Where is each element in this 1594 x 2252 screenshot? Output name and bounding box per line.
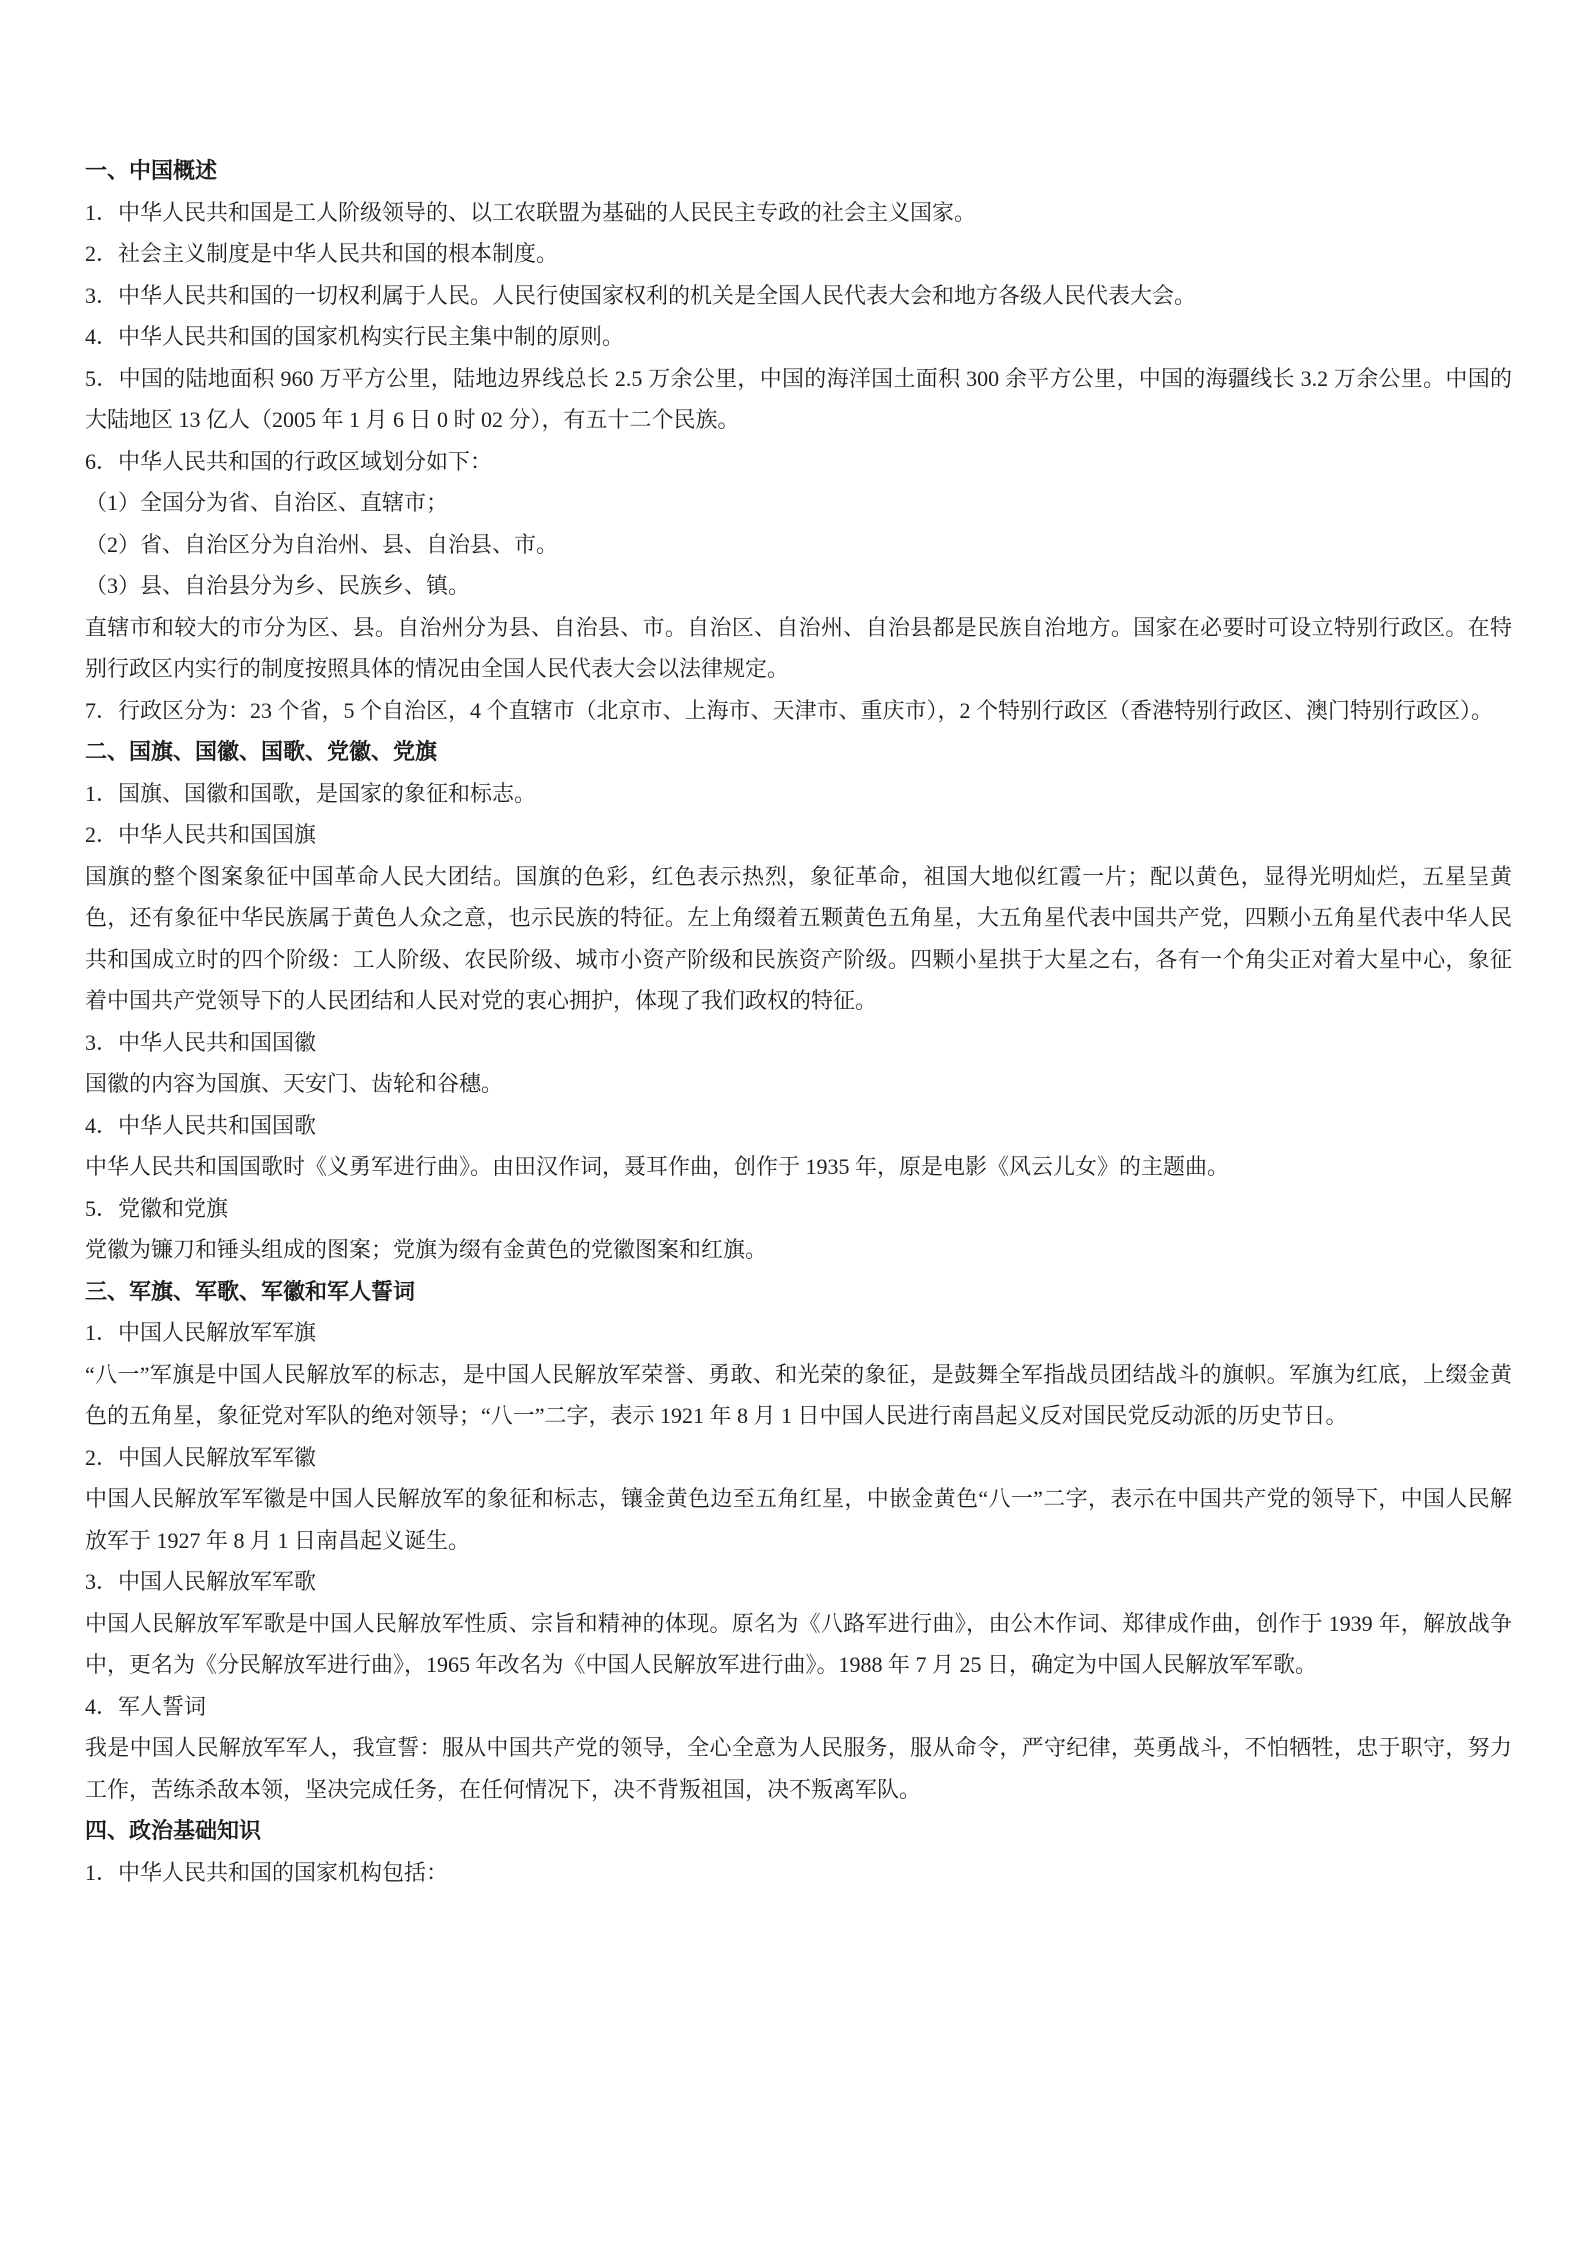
paragraph: 党徽为镰刀和锤头组成的图案；党旗为缀有金黄色的党徽图案和红旗。 <box>85 1229 1512 1271</box>
document-page: 一、中国概述1．中华人民共和国是工人阶级领导的、以工农联盟为基础的人民民主专政的… <box>0 0 1594 2252</box>
paragraph: 直辖市和较大的市分为区、县。自治州分为县、自治县、市。自治区、自治州、自治县都是… <box>85 607 1512 690</box>
paragraph: 国徽的内容为国旗、天安门、齿轮和谷穗。 <box>85 1063 1512 1105</box>
paragraph: 中华人民共和国国歌时《义勇军进行曲》。由田汉作词，聂耳作曲，创作于 1935 年… <box>85 1146 1512 1188</box>
paragraph: 中国人民解放军军歌是中国人民解放军性质、宗旨和精神的体现。原名为《八路军进行曲》… <box>85 1603 1512 1686</box>
section-heading: 一、中国概述 <box>85 150 1512 192</box>
paragraph: （3）县、自治县分为乡、民族乡、镇。 <box>85 565 1512 607</box>
section-heading: 三、军旗、军歌、军徽和军人誓词 <box>85 1271 1512 1313</box>
paragraph: 2．中国人民解放军军徽 <box>85 1437 1512 1479</box>
section-heading: 二、国旗、国徽、国歌、党徽、党旗 <box>85 731 1512 773</box>
paragraph: 国旗的整个图案象征中国革命人民大团结。国旗的色彩，红色表示热烈，象征革命，祖国大… <box>85 856 1512 1022</box>
paragraph: 3．中国人民解放军军歌 <box>85 1561 1512 1603</box>
paragraph: 4．军人誓词 <box>85 1686 1512 1728</box>
paragraph: 1．中国人民解放军军旗 <box>85 1312 1512 1354</box>
paragraph: 1．中华人民共和国是工人阶级领导的、以工农联盟为基础的人民民主专政的社会主义国家… <box>85 192 1512 234</box>
paragraph: 2．中华人民共和国国旗 <box>85 814 1512 856</box>
paragraph: 5．党徽和党旗 <box>85 1188 1512 1230</box>
paragraph: 我是中国人民解放军军人，我宣誓：服从中国共产党的领导，全心全意为人民服务，服从命… <box>85 1727 1512 1810</box>
paragraph: 6．中华人民共和国的行政区域划分如下： <box>85 441 1512 483</box>
paragraph: 3．中华人民共和国的一切权利属于人民。人民行使国家权利的机关是全国人民代表大会和… <box>85 275 1512 317</box>
paragraph: 1．国旗、国徽和国歌，是国家的象征和标志。 <box>85 773 1512 815</box>
document-content: 一、中国概述1．中华人民共和国是工人阶级领导的、以工农联盟为基础的人民民主专政的… <box>85 150 1512 1893</box>
section-heading: 四、政治基础知识 <box>85 1810 1512 1852</box>
paragraph: （2）省、自治区分为自治州、县、自治县、市。 <box>85 524 1512 566</box>
paragraph: 4．中华人民共和国国歌 <box>85 1105 1512 1147</box>
paragraph: 3．中华人民共和国国徽 <box>85 1022 1512 1064</box>
paragraph: 7．行政区分为：23 个省，5 个自治区，4 个直辖市（北京市、上海市、天津市、… <box>85 690 1512 732</box>
paragraph: “八一”军旗是中国人民解放军的标志，是中国人民解放军荣誉、勇敢、和光荣的象征，是… <box>85 1354 1512 1437</box>
paragraph: 4．中华人民共和国的国家机构实行民主集中制的原则。 <box>85 316 1512 358</box>
paragraph: 2．社会主义制度是中华人民共和国的根本制度。 <box>85 233 1512 275</box>
paragraph: 1．中华人民共和国的国家机构包括： <box>85 1852 1512 1894</box>
paragraph: （1）全国分为省、自治区、直辖市； <box>85 482 1512 524</box>
paragraph: 5．中国的陆地面积 960 万平方公里，陆地边界线总长 2.5 万余公里，中国的… <box>85 358 1512 441</box>
paragraph: 中国人民解放军军徽是中国人民解放军的象征和标志，镶金黄色边至五角红星，中嵌金黄色… <box>85 1478 1512 1561</box>
